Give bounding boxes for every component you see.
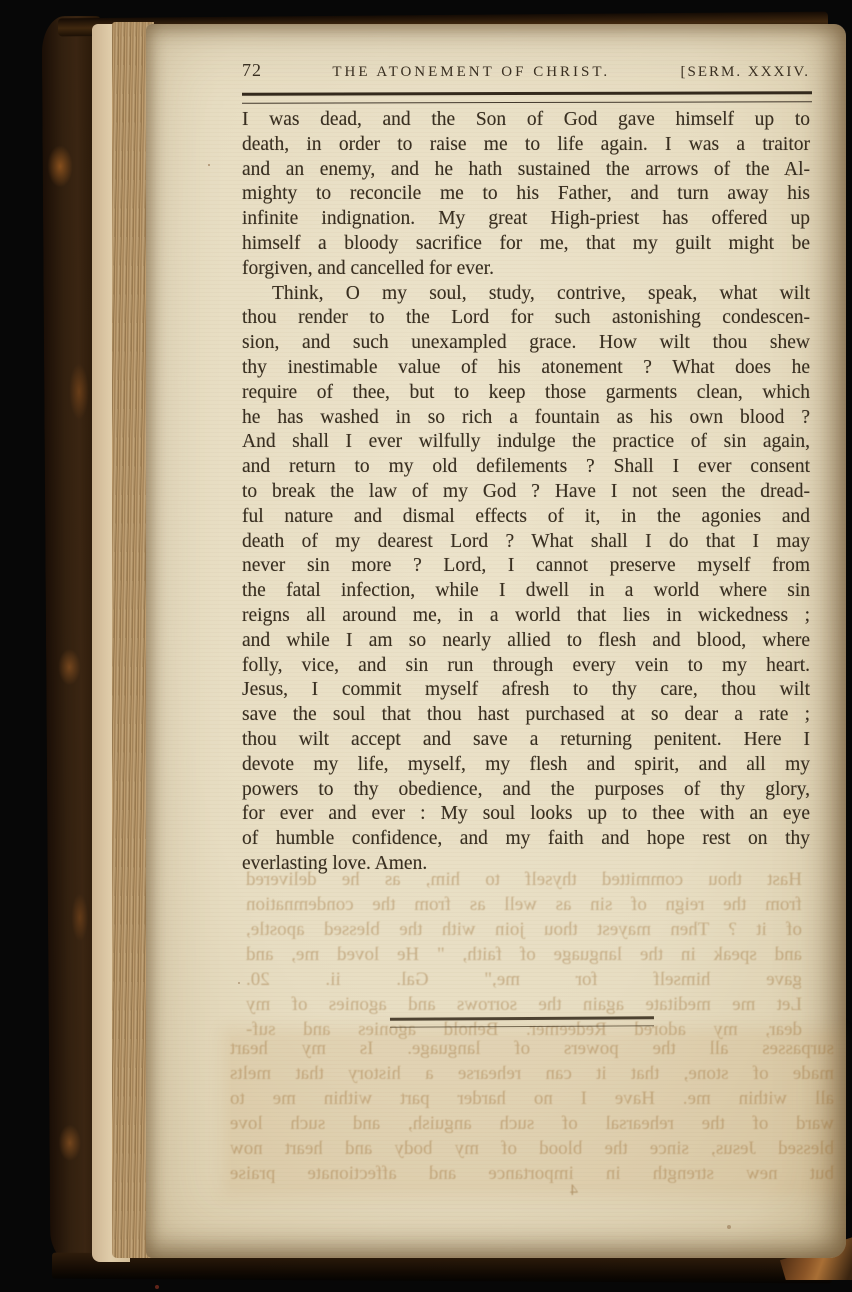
text-line: and while I am so nearly allied to flesh… xyxy=(242,629,810,654)
text-line: reigns all around me, in a world that li… xyxy=(242,604,810,629)
text-line: ful nature and dismal effects of it, in … xyxy=(242,505,810,530)
text-line: death, in order to raise me to life agai… xyxy=(242,133,810,158)
bleedthrough-line: ward of the rehearsal of such anguish, a… xyxy=(230,1111,834,1136)
text-line: infinite indignation. My great High-prie… xyxy=(242,207,810,232)
sermon-text-block: I was dead, and the Son of God gave hims… xyxy=(242,108,810,877)
text-line: Think, O my soul, study, contrive, speak… xyxy=(242,282,810,307)
text-line: powers to thy obedience, and the purpose… xyxy=(242,778,810,803)
bleedthrough-line: of it ? Then mayest thou join with the b… xyxy=(246,917,802,942)
text-line: folly, vice, and sin run through every v… xyxy=(242,654,810,679)
text-line: And shall I ever wilfully indulge the pr… xyxy=(242,430,810,455)
text-line: himself a bloody sacrifice for me, that … xyxy=(242,232,810,257)
text-line: thou render to the Lord for such astonis… xyxy=(242,306,810,331)
text-line: of humble confidence, and my faith and h… xyxy=(242,827,810,852)
book-photo: 72 THE ATONEMENT OF CHRIST. [SERM. XXXIV… xyxy=(0,0,852,1292)
bleedthrough-line: gave himself for me," Gal. ii. 20. xyxy=(246,967,802,992)
text-line: I was dead, and the Son of God gave hims… xyxy=(242,108,810,133)
text-line: for ever and ever : My soul looks up to … xyxy=(242,802,810,827)
bleedthrough-signature-mark: 4 xyxy=(544,1182,604,1200)
foxing-specks xyxy=(208,164,210,166)
text-line: thou wilt accept and save a returning pe… xyxy=(242,728,810,753)
text-line: sion, and such unexampled grace. How wil… xyxy=(242,331,810,356)
text-line: and an enemy, and he hath sustained the … xyxy=(242,158,810,183)
book-page: 72 THE ATONEMENT OF CHRIST. [SERM. XXXIV… xyxy=(146,24,846,1258)
text-line: he has washed in so rich a fountain as h… xyxy=(242,406,810,431)
sermon-number-label: [SERM. XXXIV. xyxy=(681,64,810,81)
text-line: devote my life, myself, my flesh and spi… xyxy=(242,753,810,778)
header-rule xyxy=(242,91,812,103)
text-line: thy inestimable value of his atonement ?… xyxy=(242,356,810,381)
text-line: the fatal infection, while I dwell in a … xyxy=(242,579,810,604)
text-line: Jesus, I commit myself afresh to thy car… xyxy=(242,678,810,703)
bleedthrough-line: made of stone, that it can rehearse a hi… xyxy=(230,1061,834,1086)
section-divider-rule xyxy=(390,1016,654,1027)
bleedthrough-line: all within me. Have I no harder part wit… xyxy=(230,1086,834,1111)
text-line: require of thee, but to keep those garme… xyxy=(242,381,810,406)
bleedthrough-text-upper: Hast thou committed thyself to him, as h… xyxy=(246,867,802,1039)
text-line: forgiven, and cancelled for ever. xyxy=(242,257,810,282)
text-line: and return to my old defilements ? Shall… xyxy=(242,455,810,480)
bleedthrough-line: blessed Jesus, since the blood of my bod… xyxy=(230,1136,834,1161)
bleedthrough-line: but new strength in importance and affec… xyxy=(230,1161,834,1186)
bleedthrough-text-lower: surpasses all the powers of language. Is… xyxy=(230,1036,834,1188)
text-line: mighty to reconcile me to his Father, an… xyxy=(242,182,810,207)
bleedthrough-line: surpasses all the powers of language. Is… xyxy=(230,1036,834,1061)
bleedthrough-line: and speak in the language of faith, " He… xyxy=(246,942,802,967)
page-number: 72 xyxy=(242,60,262,81)
page-header: 72 THE ATONEMENT OF CHRIST. [SERM. XXXIV… xyxy=(242,60,810,86)
bleedthrough-line: Hast thou committed thyself to him, as h… xyxy=(246,867,802,892)
bleedthrough-line: Let me meditate again the sorrows and ag… xyxy=(246,992,802,1017)
bleedthrough-line: from the reign of sin as well as from th… xyxy=(246,892,802,917)
text-line: save the soul that thou hast purchased a… xyxy=(242,703,810,728)
running-title: THE ATONEMENT OF CHRIST. xyxy=(262,64,681,81)
text-line: to break the law of my God ? Have I not … xyxy=(242,480,810,505)
text-line: death of my dearest Lord ? What shall I … xyxy=(242,530,810,555)
text-line: never sin more ? Lord, I cannot preserve… xyxy=(242,554,810,579)
